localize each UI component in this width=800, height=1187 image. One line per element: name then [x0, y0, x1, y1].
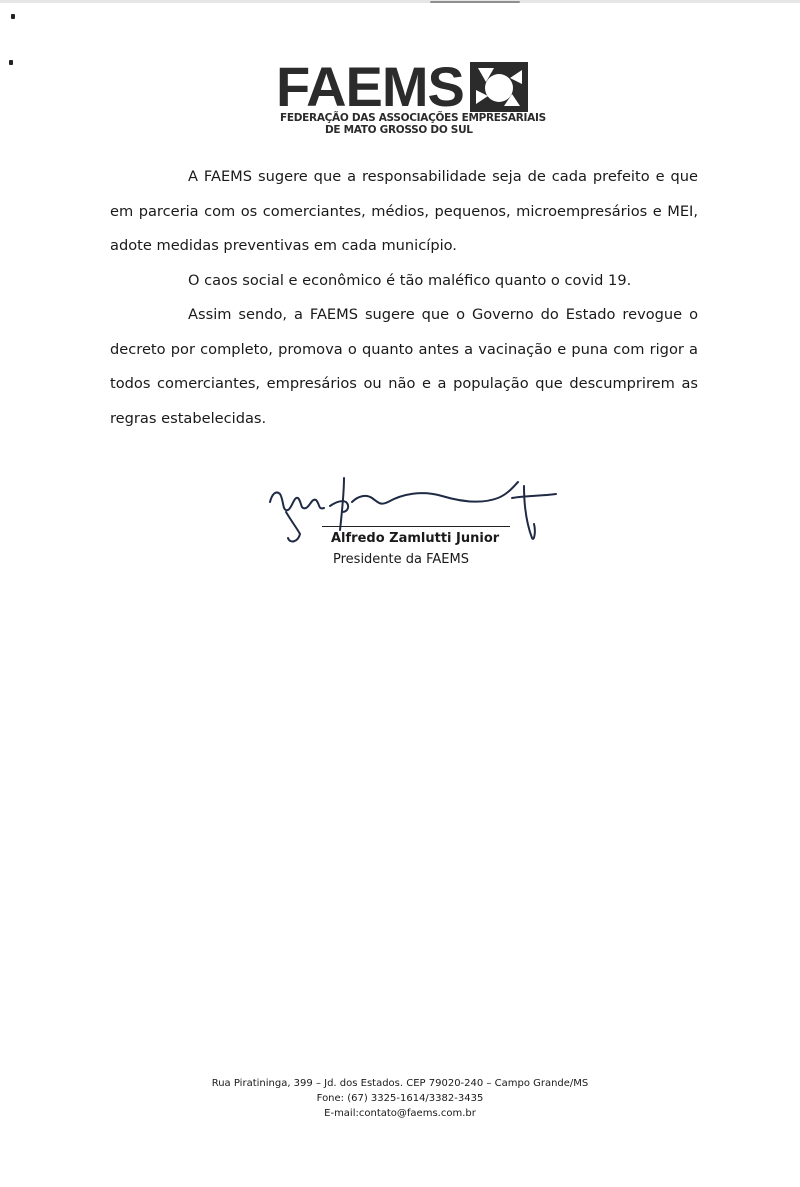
- paragraph: Assim sendo, a FAEMS sugere que o Govern…: [110, 298, 698, 436]
- scan-artifact: [430, 1, 520, 3]
- faems-logo: FAEMS FEDERAÇÃO DAS ASSOCIAÇÕES EMPRESAR…: [276, 62, 546, 136]
- punch-hole-mark: [11, 14, 15, 19]
- page-top-edge: [0, 0, 800, 3]
- paragraph: O caos social e econômico é tão maléfico…: [110, 264, 698, 299]
- signer-title: Presidente da FAEMS: [333, 552, 469, 567]
- punch-hole-mark: [9, 60, 13, 65]
- letter-body: A FAEMS sugere que a responsabilidade se…: [110, 160, 698, 436]
- logo-subtitle-line2: DE MATO GROSSO DO SUL: [325, 124, 546, 136]
- signature-line: [322, 526, 510, 527]
- faems-aperture-logo-icon: [470, 62, 528, 112]
- footer-phone: Fone: (67) 3325-1614/3382-3435: [0, 1091, 800, 1106]
- paragraph: A FAEMS sugere que a responsabilidade se…: [110, 160, 698, 264]
- letterhead-footer: Rua Piratininga, 399 – Jd. dos Estados. …: [0, 1076, 800, 1121]
- logo-wordmark: FAEMS: [276, 62, 464, 112]
- signer-name: Alfredo Zamlutti Junior: [331, 531, 499, 546]
- footer-email: E-mail:contato@faems.com.br: [0, 1106, 800, 1121]
- logo-subtitle-line1: FEDERAÇÃO DAS ASSOCIAÇÕES EMPRESARIAIS: [280, 112, 546, 124]
- footer-address: Rua Piratininga, 399 – Jd. dos Estados. …: [0, 1076, 800, 1091]
